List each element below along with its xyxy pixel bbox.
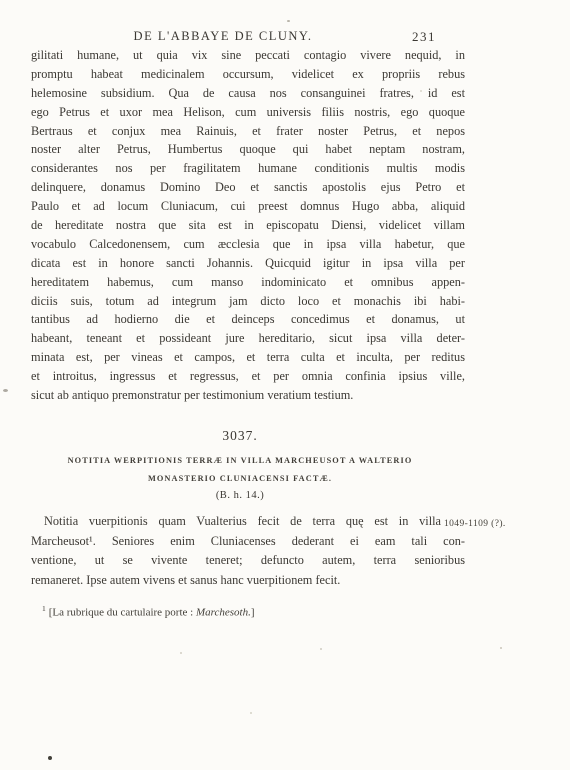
footnote-text-close: ] (251, 607, 255, 619)
footnote-marker: 1 (42, 604, 46, 613)
charter-title-line1: NOTITIA WERPITIONIS TERRÆ IN VILLA MARCH… (23, 456, 457, 465)
charter-source-reference: (B. h. 14.) (23, 490, 457, 501)
text-line: Bertraus et conjux mea Rainuis, et frate… (31, 122, 465, 141)
scan-speck (500, 647, 502, 649)
text-line: de hereditate nostra que sita est in epi… (31, 216, 465, 235)
scan-speck (250, 712, 252, 714)
text-line: considerantes nos per fragilitatem human… (31, 159, 465, 178)
text-line: et introitus, ingressus et regressus, et… (31, 367, 465, 386)
charter-number: 3037. (23, 428, 457, 444)
text-line: sicut ab antiquo premonstratur per testi… (31, 386, 465, 405)
text-line: hereditatem habemus, cum manso indominic… (31, 273, 465, 292)
text-line: Notitia vuerpitionis quam Vualterius fec… (31, 512, 465, 532)
text-line: minata est, per vineas et campos, et ter… (31, 348, 465, 367)
text-line: tantibus ad hodierno die et deinceps con… (31, 310, 465, 329)
scan-speck (180, 652, 182, 654)
scanned-page: DE L'ABBAYE DE CLUNY. 231 gilitati human… (0, 0, 570, 770)
scan-speck (287, 20, 290, 22)
footnote-italic-text: Marchesoth. (196, 607, 251, 619)
text-line: delinquere, donamus Domino Deo et sancti… (31, 178, 465, 197)
text-line: diciis suis, totum ad integrum jam dicto… (31, 292, 465, 311)
text-line: noster alter Petrus, Humbertus quoque qu… (31, 140, 465, 159)
text-line: remaneret. Ipse autem vivens et sanus ha… (31, 571, 465, 591)
scan-speck (320, 648, 322, 650)
charter-title-line2: MONASTERIO CLUNIACENSI FACTÆ. (23, 474, 457, 483)
text-line: dicata est in honore sancti Johannis. Qu… (31, 254, 465, 273)
running-head-title: DE L'ABBAYE DE CLUNY. (103, 29, 343, 44)
footnote: 1[La rubrique du cartulaire porte : Marc… (42, 604, 462, 619)
text-line: habeant, teneant et possideant jure here… (31, 329, 465, 348)
text-line: vocabulo Calcedonensem, cum æcclesia que… (31, 235, 465, 254)
scan-speck (420, 90, 422, 92)
footnote-text: [La rubrique du cartulaire porte : (49, 607, 196, 619)
charter-3037-paragraph: Notitia vuerpitionis quam Vualterius fec… (31, 512, 465, 590)
text-line: ego Petrus et uxor mea Helison, cum univ… (31, 103, 465, 122)
text-line: gilitati humane, ut quia vix sine peccat… (31, 46, 465, 65)
scan-speck (48, 756, 52, 760)
charter-continuation-paragraph: gilitati humane, ut quia vix sine peccat… (31, 46, 465, 405)
text-line: promptu habeat medicinalem occursum, vid… (31, 65, 465, 84)
scan-speck (3, 389, 8, 392)
page-number: 231 (412, 29, 436, 45)
text-line: Paulo et ad locum Cluniacum, cui preest … (31, 197, 465, 216)
text-line: ventione, ut se vivente teneret; defunct… (31, 551, 465, 571)
text-line: Marcheusot¹. Seniores enim Cluniacenses … (31, 532, 465, 552)
text-line: helemosine subsidium. Qua de causa nos c… (31, 84, 465, 103)
